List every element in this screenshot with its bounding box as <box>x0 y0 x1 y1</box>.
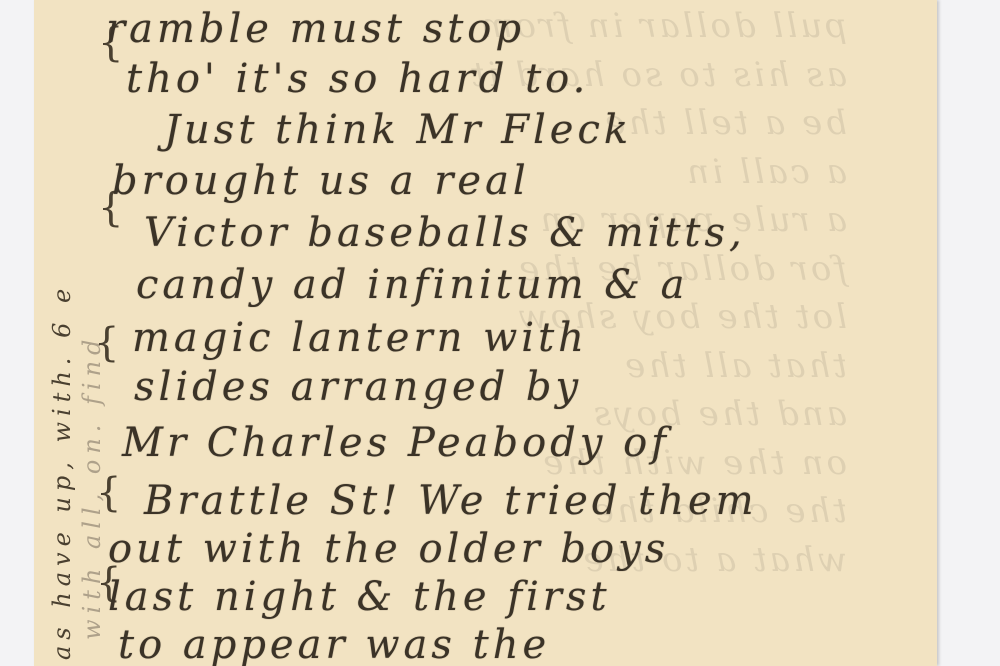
margin-brace: { <box>94 320 119 366</box>
text-line: Brattle St! We tried them <box>144 478 758 524</box>
text-line: ramble must stop <box>106 6 525 52</box>
text-line: Just think Mr Fleck <box>164 107 632 153</box>
text-line: slides arranged by <box>134 364 582 410</box>
text-line: last night & the first <box>108 574 611 620</box>
text-line: out with the older boys <box>108 526 669 572</box>
text-line: brought us a real <box>112 158 530 204</box>
text-line: magic lantern with <box>132 315 588 361</box>
text-line: to appear was the <box>118 622 550 666</box>
margin-brace: { <box>96 470 121 516</box>
letter-page: pull dollar in from as his to so hard it… <box>34 0 937 666</box>
text-line: tho' it's so hard to. <box>126 56 589 102</box>
text-line: Victor baseballs & mitts, <box>144 210 746 256</box>
text-line: candy ad infinitum & a <box>136 262 688 308</box>
text-line: Mr Charles Peabody of <box>122 420 670 466</box>
margin-note: as have up, with. 6 e <box>48 283 76 660</box>
